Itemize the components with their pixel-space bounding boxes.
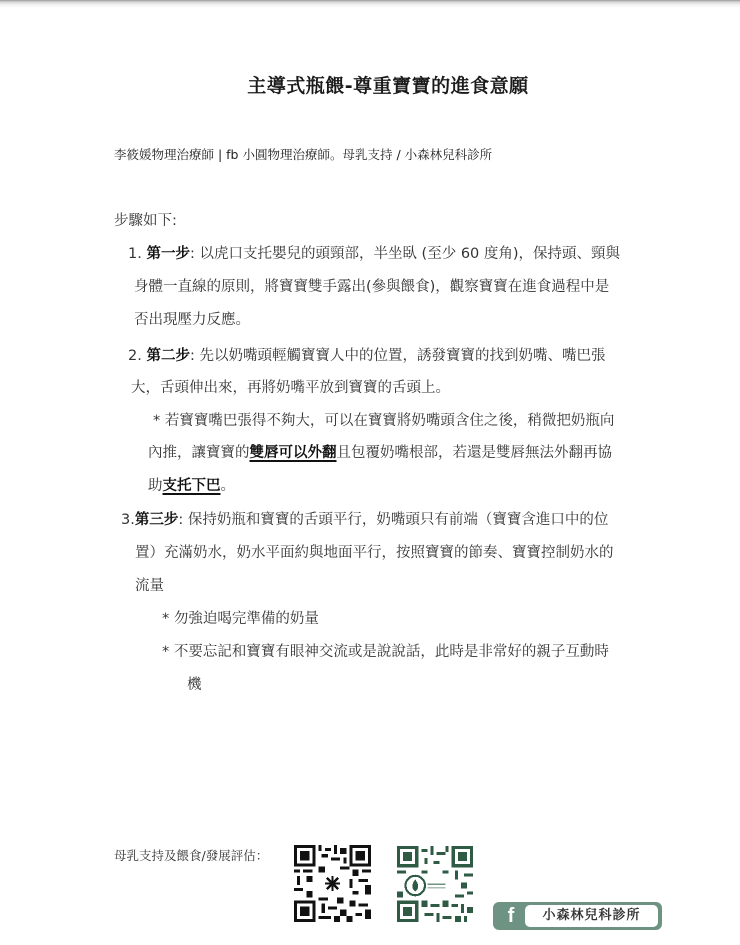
step2-number: 2. bbox=[128, 348, 146, 364]
emphasis-support-chin: 支托下巴 bbox=[163, 478, 221, 494]
step3-heading: 第三步 bbox=[135, 512, 179, 528]
step2-note-line1: * 若寶寶嘴巴張得不夠大，可以在寶寶將奶嘴頭含住之後，稍微把奶瓶向 bbox=[153, 409, 614, 430]
step3-number: 3. bbox=[121, 512, 135, 528]
step1-line3: 否出現壓力反應。 bbox=[134, 308, 250, 329]
viewer-top-shadow bbox=[0, 0, 740, 8]
step3-line2: 置）充滿奶水，奶水平面約與地面平行，按照寶寶的節奏、寶寶控制奶水的 bbox=[135, 541, 614, 562]
author-byline: 李筱媛物理治療師 | fb 小圓物理治療師。母乳支持 / 小森林兒科診所 bbox=[114, 145, 492, 163]
step3-text: : 保持奶瓶和寶寶的舌頭平行，奶嘴頭只有前端（寶寶含進口中的位 bbox=[178, 512, 608, 528]
facebook-icon: f bbox=[501, 903, 521, 929]
qr-code-clinic-icon[interactable] bbox=[397, 846, 473, 922]
page-title: 主導式瓶餵-尊重寶寶的進食意願 bbox=[0, 71, 740, 98]
step3-bullet1: * 勿強迫喝完準備的奶量 bbox=[162, 607, 319, 628]
note-text: 且包覆奶嘴根部，若還是雙唇無法外翻再協 bbox=[337, 445, 613, 461]
step1-number: 1. bbox=[128, 246, 146, 262]
step3-line3: 流量 bbox=[135, 574, 164, 595]
step2-text: : 先以奶嘴頭輕觸寶寶人中的位置，誘發寶寶的找到奶嘴、嘴巴張 bbox=[190, 348, 606, 364]
step1-line1: 1. 第一步: 以虎口支托嬰兒的頭頸部，半坐臥 (至少 60 度角)，保持頭、頸… bbox=[128, 242, 620, 263]
step1-line2: 身體一直線的原則，將寶寶雙手露出(參與餵食)，觀察寶寶在進食過程中是 bbox=[134, 275, 609, 296]
step3-line1: 3.第三步: 保持奶瓶和寶寶的舌頭平行，奶嘴頭只有前端（寶寶含進口中的位 bbox=[121, 508, 608, 529]
step1-heading: 第一步 bbox=[146, 246, 190, 262]
step2-heading: 第二步 bbox=[146, 348, 190, 364]
facebook-page-badge[interactable]: f 小森林兒科診所 bbox=[493, 902, 662, 930]
step2-line2: 大，舌頭伸出來，再將奶嘴平放到寶寶的舌頭上。 bbox=[131, 376, 450, 397]
qr-code-icon[interactable] bbox=[294, 845, 371, 922]
step1-text: : 以虎口支托嬰兒的頭頸部，半坐臥 (至少 60 度角)，保持頭、頸與 bbox=[190, 246, 620, 262]
note-text: 。 bbox=[221, 478, 236, 494]
footer-label: 母乳支持及餵食/發展評估： bbox=[114, 846, 268, 864]
step3-bullet2-line1: * 不要忘記和寶寶有眼神交流或是說說話，此時是非常好的親子互動時 bbox=[162, 640, 609, 661]
step2-note-line3: 助支托下巴。 bbox=[148, 474, 235, 495]
steps-label: 步驟如下: bbox=[114, 209, 177, 230]
note-text: 內推，讓寶寶的 bbox=[148, 445, 250, 461]
facebook-page-name: 小森林兒科診所 bbox=[525, 905, 658, 927]
step2-line1: 2. 第二步: 先以奶嘴頭輕觸寶寶人中的位置，誘發寶寶的找到奶嘴、嘴巴張 bbox=[128, 344, 605, 365]
step3-bullet2-line2: 機 bbox=[187, 673, 202, 694]
step2-note-line2: 內推，讓寶寶的雙唇可以外翻且包覆奶嘴根部，若還是雙唇無法外翻再協 bbox=[148, 441, 612, 462]
note-text: 助 bbox=[148, 478, 163, 494]
emphasis-lips-flanged: 雙唇可以外翻 bbox=[250, 445, 337, 461]
